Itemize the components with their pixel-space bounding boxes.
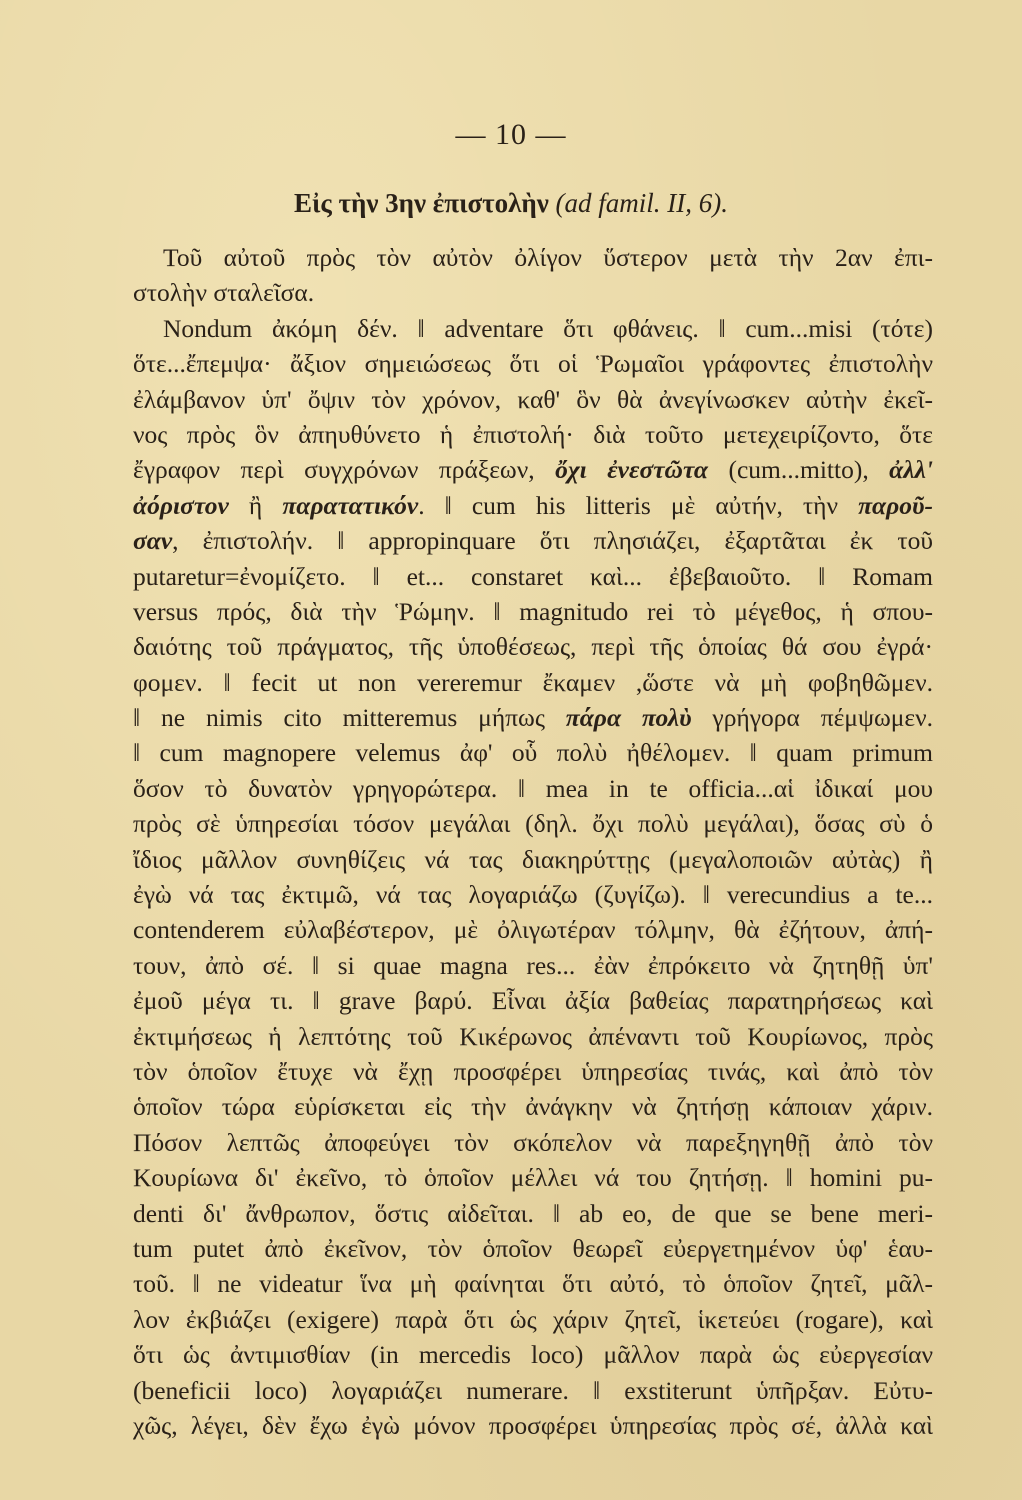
text-segment: ἐγὼ νά τας ἐκτιμῶ, νά τας λογαριάζω (ζυγ… xyxy=(133,880,933,909)
text-line: τὸν ὁποῖον ἔτυχε νὰ ἔχῃ προσφέρει ὑπηρεσ… xyxy=(133,1054,933,1089)
text-line: τουν, ἀπὸ σέ. ‖ si quae magna res... ἐὰν… xyxy=(133,948,933,983)
text-line: versus πρός, διὰ τὴν Ῥώμην. ‖ magnitudo … xyxy=(133,594,933,629)
emphasized-term: ὄχι ἐνεστῶτα xyxy=(555,455,708,484)
text-segment: νος πρὸς ὃν ἀπηυθύνετο ἡ ἐπιστολή· διὰ τ… xyxy=(133,420,933,449)
text-segment: ὁποῖον τώρα εὑρίσκεται εἰς τὴν ἀνάγκην ν… xyxy=(133,1092,933,1121)
text-line: contenderem εὐλαβέστερον, μὲ ὀλιγωτέραν … xyxy=(133,912,933,947)
text-line: Nondum ἀκόμη δέν. ‖ adventare ὅτι φθάνει… xyxy=(133,311,933,346)
section-title-latin-reference: (ad famil. II, 6). xyxy=(556,188,728,218)
text-segment: Nondum ἀκόμη δέν. ‖ adventare ὅτι φθάνει… xyxy=(163,314,933,343)
text-segment: denti δι' ἄνθρωπον, ὅστις αἰδεῖται. ‖ ab… xyxy=(133,1199,933,1228)
text-line: ὅτι ὡς ἀντιμισθίαν (in mercedis loco) μᾶ… xyxy=(133,1337,933,1372)
text-line: ἴδιος μᾶλλον συνηθίζεις νά τας διακηρύττ… xyxy=(133,842,933,877)
text-line: tum putet ἀπὸ ἐκεῖνον, τὸν ὁποῖον θεωρεῖ… xyxy=(133,1231,933,1266)
text-segment: ἐκτιμήσεως ἡ λεπτότης τοῦ Κικέρωνος ἀπέν… xyxy=(133,1022,933,1051)
text-line: (beneficii loco) λογαριάζει numerare. ‖ … xyxy=(133,1373,933,1408)
text-line: ‖ cum magnopere velemus ἀφ' οὗ πολὺ ἠθέλ… xyxy=(133,735,933,770)
text-segment: τοῦ. ‖ ne videatur ἵνα μὴ φαίνηται ὅτι α… xyxy=(133,1269,933,1298)
text-segment: ἴδιος μᾶλλον συνηθίζεις νά τας διακηρύττ… xyxy=(133,845,933,874)
text-segment: στολὴν σταλεῖσα. xyxy=(133,278,314,307)
text-segment: contenderem εὐλαβέστερον, μὲ ὀλιγωτέραν … xyxy=(133,915,933,944)
text-line: ἐγὼ νά τας ἐκτιμῶ, νά τας λογαριάζω (ζυγ… xyxy=(133,877,933,912)
text-segment: ‖ ne nimis cito mitteremus μήπως xyxy=(133,703,566,732)
text-line: Κουρίωνα δι' ἐκεῖνο, τὸ ὁποῖον μέλλει νά… xyxy=(133,1160,933,1195)
text-line: ἔγραφον περὶ συγχρόνων πράξεων, ὄχι ἐνεσ… xyxy=(133,452,933,487)
emphasized-term: παρατατικόν xyxy=(282,491,418,520)
section-title-greek: Εἰς τὴν 3ην ἐπιστολὴν xyxy=(294,188,549,218)
text-line: Τοῦ αὐτοῦ πρὸς τὸν αὐτὸν ὀλίγον ὕστερον … xyxy=(133,240,933,275)
text-segment: λον ἐκβιάζει (exigere) παρὰ ὅτι ὡς χάριν… xyxy=(133,1305,933,1334)
text-segment: tum putet ἀπὸ ἐκεῖνον, τὸν ὁποῖον θεωρεῖ… xyxy=(133,1234,933,1263)
commentary-body: Τοῦ αὐτοῦ πρὸς τὸν αὐτὸν ὀλίγον ὕστερον … xyxy=(133,240,933,1443)
text-segment: τουν, ἀπὸ σέ. ‖ si quae magna res... ἐὰν… xyxy=(133,951,933,980)
text-line: δαιότης τοῦ πράγματος, τῆς ὑποθέσεως, πε… xyxy=(133,629,933,664)
book-page: — 10 — Εἰς τὴν 3ην ἐπιστολὴν (ad famil. … xyxy=(0,0,1022,1500)
text-segment: . ‖ cum his litteris μὲ αὐτήν, τὴν xyxy=(418,491,858,520)
text-segment: putaretur=ἐνομίζετο. ‖ et... constaret κ… xyxy=(133,562,933,591)
text-line: ἐμοῦ μέγα τι. ‖ grave βαρύ. Εἶναι ἀξία β… xyxy=(133,983,933,1018)
text-segment: versus πρός, διὰ τὴν Ῥώμην. ‖ magnitudo … xyxy=(133,597,933,626)
emphasized-term: σαν xyxy=(133,526,172,555)
text-segment: ὅτι ὡς ἀντιμισθίαν (in mercedis loco) μᾶ… xyxy=(133,1340,933,1369)
text-segment: (beneficii loco) λογαριάζει numerare. ‖ … xyxy=(133,1376,933,1405)
text-line: ὅτε...ἔπεμψα· ἄξιον σημειώσεως ὅτι οἱ Ῥω… xyxy=(133,346,933,381)
text-segment: φομεν. ‖ fecit ut non vereremur ἔκαμεν ,… xyxy=(133,668,933,697)
text-line: ἐκτιμήσεως ἡ λεπτότης τοῦ Κικέρωνος ἀπέν… xyxy=(133,1019,933,1054)
text-line: putaretur=ἐνομίζετο. ‖ et... constaret κ… xyxy=(133,559,933,594)
text-segment: (cum...mitto), xyxy=(708,455,889,484)
text-segment: πρὸς σὲ ὑπηρεσίαι τόσον μεγάλαι (δηλ. ὄχ… xyxy=(133,809,933,838)
text-line: ἐλάμβανον ὑπ' ὄψιν τὸν χρόνον, καθ' ὃν θ… xyxy=(133,382,933,417)
text-line: πρὸς σὲ ὑπηρεσίαι τόσον μεγάλαι (δηλ. ὄχ… xyxy=(133,806,933,841)
text-line: Πόσον λεπτῶς ἀποφεύγει τὸν σκόπελον νὰ π… xyxy=(133,1125,933,1160)
text-segment: χῶς, λέγει, δὲν ἔχω ἐγὼ μόνον προσφέρει … xyxy=(133,1411,933,1440)
text-segment: ἢ xyxy=(229,491,282,520)
text-line: ‖ ne nimis cito mitteremus μήπως πάρα πο… xyxy=(133,700,933,735)
text-segment: Τοῦ αὐτοῦ πρὸς τὸν αὐτὸν ὀλίγον ὕστερον … xyxy=(163,243,933,272)
text-segment: δαιότης τοῦ πράγματος, τῆς ὑποθέσεως, πε… xyxy=(133,632,933,661)
emphasized-term: ἀλλ' xyxy=(889,455,933,484)
page-number: — 10 — xyxy=(0,118,1022,152)
text-segment: Κουρίωνα δι' ἐκεῖνο, τὸ ὁποῖον μέλλει νά… xyxy=(133,1163,933,1192)
text-line: denti δι' ἄνθρωπον, ὅστις αἰδεῖται. ‖ ab… xyxy=(133,1196,933,1231)
text-line: ἀόριστον ἢ παρατατικόν. ‖ cum his litter… xyxy=(133,488,933,523)
text-line: στολὴν σταλεῖσα. xyxy=(133,275,933,310)
text-segment: Πόσον λεπτῶς ἀποφεύγει τὸν σκόπελον νὰ π… xyxy=(133,1128,933,1157)
text-segment: ὅσον τὸ δυνατὸν γρηγορώτερα. ‖ mea in te… xyxy=(133,774,933,803)
emphasized-term: ἀόριστον xyxy=(133,491,229,520)
text-line: ὁποῖον τώρα εὑρίσκεται εἰς τὴν ἀνάγκην ν… xyxy=(133,1089,933,1124)
text-line: νος πρὸς ὃν ἀπηυθύνετο ἡ ἐπιστολή· διὰ τ… xyxy=(133,417,933,452)
text-line: φομεν. ‖ fecit ut non vereremur ἔκαμεν ,… xyxy=(133,665,933,700)
text-line: λον ἐκβιάζει (exigere) παρὰ ὅτι ὡς χάριν… xyxy=(133,1302,933,1337)
text-line: χῶς, λέγει, δὲν ἔχω ἐγὼ μόνον προσφέρει … xyxy=(133,1408,933,1443)
emphasized-term: παροῦ- xyxy=(858,491,933,520)
text-line: τοῦ. ‖ ne videatur ἵνα μὴ φαίνηται ὅτι α… xyxy=(133,1266,933,1301)
text-segment: , ἐπιστολήν. ‖ appropinquare ὅτι πλησιάζ… xyxy=(172,526,933,555)
text-line: ὅσον τὸ δυνατὸν γρηγορώτερα. ‖ mea in te… xyxy=(133,771,933,806)
text-segment: γρήγορα πέμψωμεν. xyxy=(692,703,933,732)
text-segment: ἔγραφον περὶ συγχρόνων πράξεων, xyxy=(133,455,555,484)
section-title: Εἰς τὴν 3ην ἐπιστολὴν (ad famil. II, 6). xyxy=(0,188,1022,219)
text-segment: τὸν ὁποῖον ἔτυχε νὰ ἔχῃ προσφέρει ὑπηρεσ… xyxy=(133,1057,933,1086)
text-segment: ‖ cum magnopere velemus ἀφ' οὗ πολὺ ἠθέλ… xyxy=(133,738,933,767)
text-segment: ἐλάμβανον ὑπ' ὄψιν τὸν χρόνον, καθ' ὃν θ… xyxy=(133,385,933,414)
text-line: σαν, ἐπιστολήν. ‖ appropinquare ὅτι πλησ… xyxy=(133,523,933,558)
emphasized-term: πάρα πολὺ xyxy=(566,703,692,732)
text-segment: ὅτε...ἔπεμψα· ἄξιον σημειώσεως ὅτι οἱ Ῥω… xyxy=(133,349,933,378)
text-segment: ἐμοῦ μέγα τι. ‖ grave βαρύ. Εἶναι ἀξία β… xyxy=(133,986,933,1015)
